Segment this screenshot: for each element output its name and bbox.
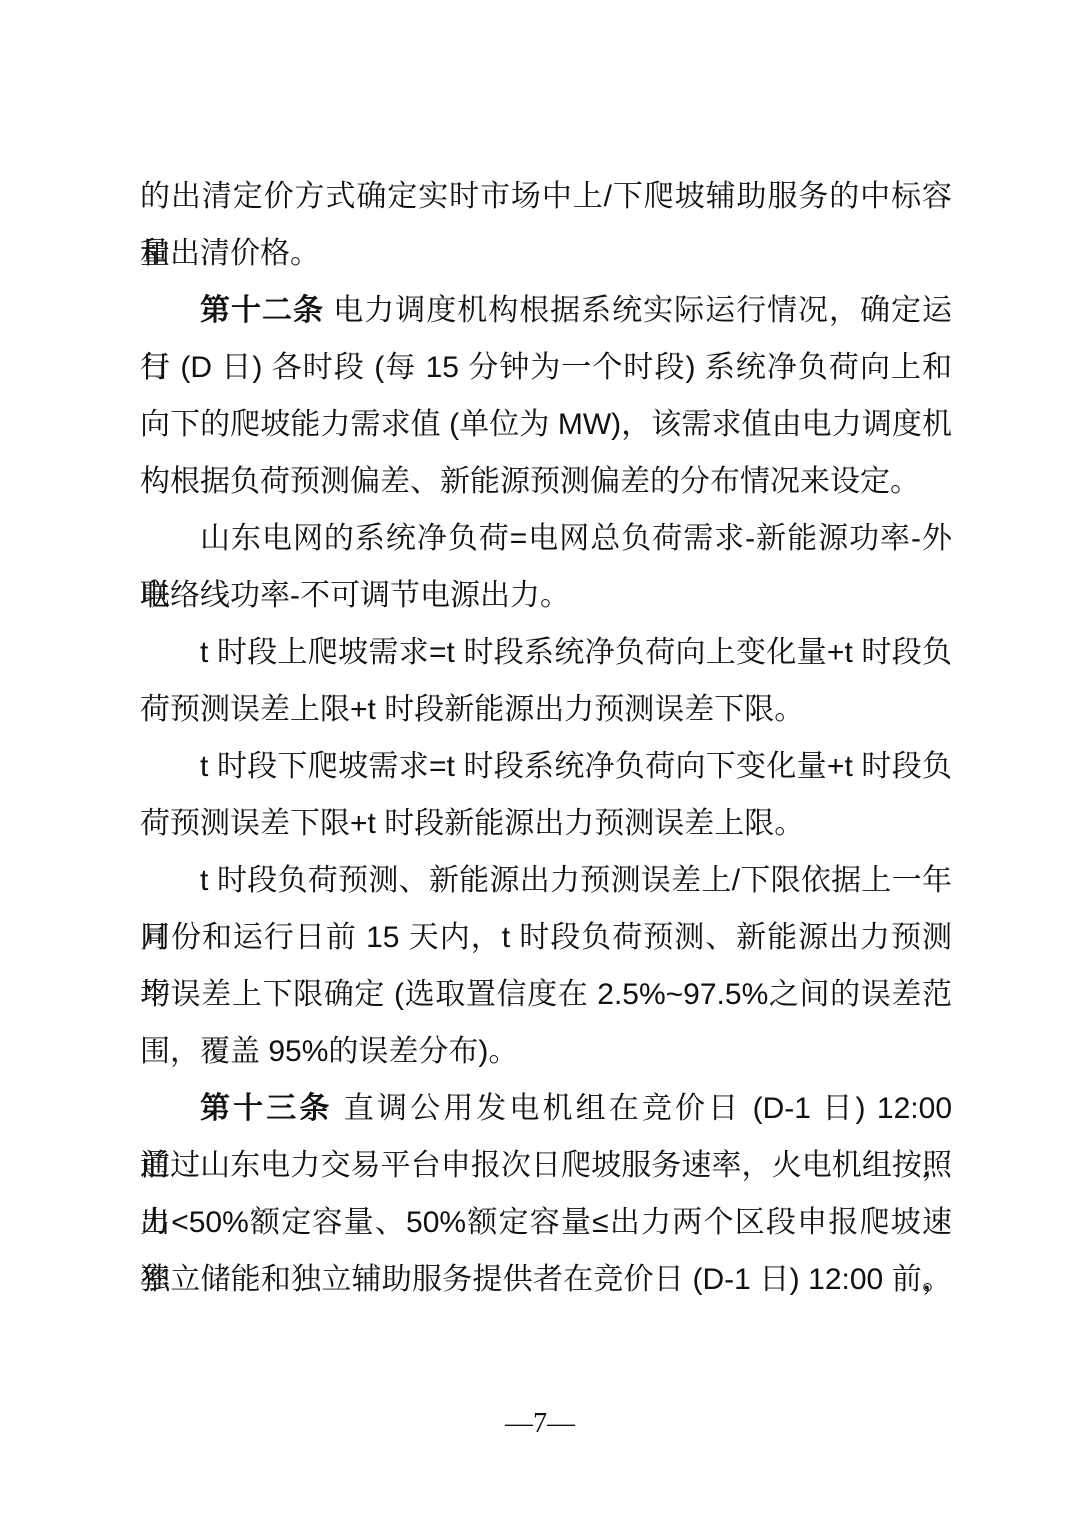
paragraph-6-line-1: t 时段负荷预测、新能源出力预测误差上/下限依据上一年同 — [140, 852, 952, 909]
paragraph-6-line-2: 月份和运行日前 15 天内，t 时段负荷预测、新能源出力预测平 — [140, 909, 952, 966]
paragraph-2-line-2: 日 (D 日) 各时段 (每 15 分钟为一个时段) 系统净负荷向上和 — [140, 339, 952, 396]
paragraph-1-line-1: 的出清定价方式确定实时市场中上/下爬坡辅助服务的中标容量 — [140, 168, 952, 225]
document-page: 的出清定价方式确定实时市场中上/下爬坡辅助服务的中标容量和出清价格。第十二条 电… — [0, 0, 1080, 1527]
paragraph-5-line-2: 荷预测误差下限+t 时段新能源出力预测误差上限。 — [140, 795, 952, 852]
paragraph-4-line-1: t 时段上爬坡需求=t 时段系统净负荷向上变化量+t 时段负 — [140, 624, 952, 681]
page-number: —7— — [0, 1408, 1080, 1440]
paragraph-3-line-2: 联络线功率-不可调节电源出力。 — [140, 567, 952, 624]
paragraph-6-line-3: 均误差上下限确定 (选取置信度在 2.5%~97.5%之间的误差范 — [140, 966, 952, 1023]
paragraph-3-line-1: 山东电网的系统净负荷=电网总负荷需求-新能源功率-外电 — [140, 510, 952, 567]
article-number-label: 第十三条 — [200, 1092, 332, 1125]
paragraph-1-line-2: 和出清价格。 — [140, 225, 952, 282]
paragraph-2-line-3: 向下的爬坡能力需求值 (单位为 MW)，该需求值由电力调度机 — [140, 396, 952, 453]
article-number-label: 第十二条 — [200, 294, 324, 327]
paragraph-7-line-2: 通过山东电力交易平台申报次日爬坡服务速率，火电机组按照出 — [140, 1137, 952, 1194]
paragraph-7-line-3: 力<50%额定容量、50%额定容量≤出力两个区段申报爬坡速率。 — [140, 1194, 952, 1251]
paragraph-4-line-2: 荷预测误差上限+t 时段新能源出力预测误差下限。 — [140, 681, 952, 738]
paragraph-6-line-4: 围，覆盖 95%的误差分布)。 — [140, 1023, 952, 1080]
paragraph-7-line-1: 第十三条 直调公用发电机组在竞价日 (D-1 日) 12:00 前， — [140, 1080, 952, 1137]
paragraph-5-line-1: t 时段下爬坡需求=t 时段系统净负荷向下变化量+t 时段负 — [140, 738, 952, 795]
paragraph-2-line-4: 构根据负荷预测偏差、新能源预测偏差的分布情况来设定。 — [140, 453, 952, 510]
paragraph-7-line-4: 独立储能和独立辅助服务提供者在竞价日 (D-1 日) 12:00 前， — [140, 1251, 952, 1308]
paragraph-2-line-1: 第十二条 电力调度机构根据系统实际运行情况，确定运行 — [140, 282, 952, 339]
document-body: 的出清定价方式确定实时市场中上/下爬坡辅助服务的中标容量和出清价格。第十二条 电… — [140, 168, 952, 1308]
